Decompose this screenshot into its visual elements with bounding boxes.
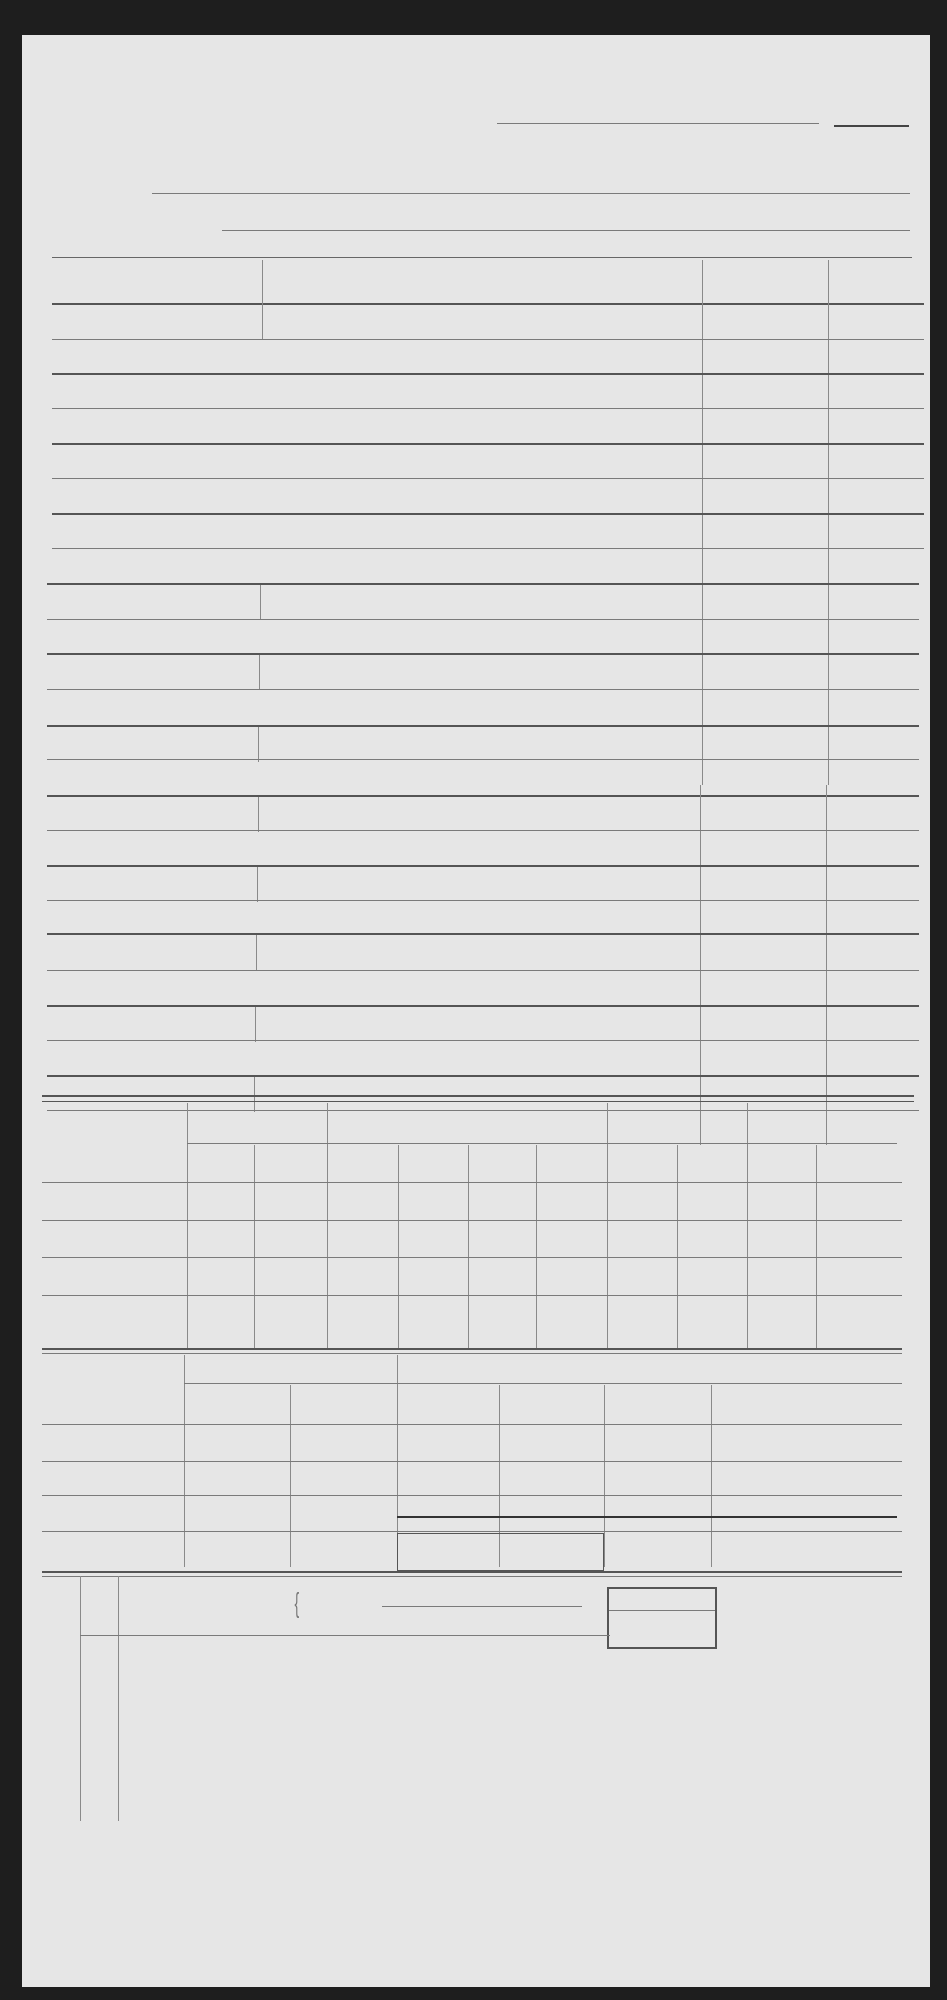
- total-present-box: [397, 1533, 604, 1571]
- day-of-week-field[interactable]: [382, 1606, 582, 1607]
- number-box[interactable]: [607, 1587, 717, 1649]
- morning-report-form: {: [22, 35, 930, 1987]
- strike-through-line: [397, 1516, 897, 1518]
- brace-icon: {: [294, 1589, 299, 1617]
